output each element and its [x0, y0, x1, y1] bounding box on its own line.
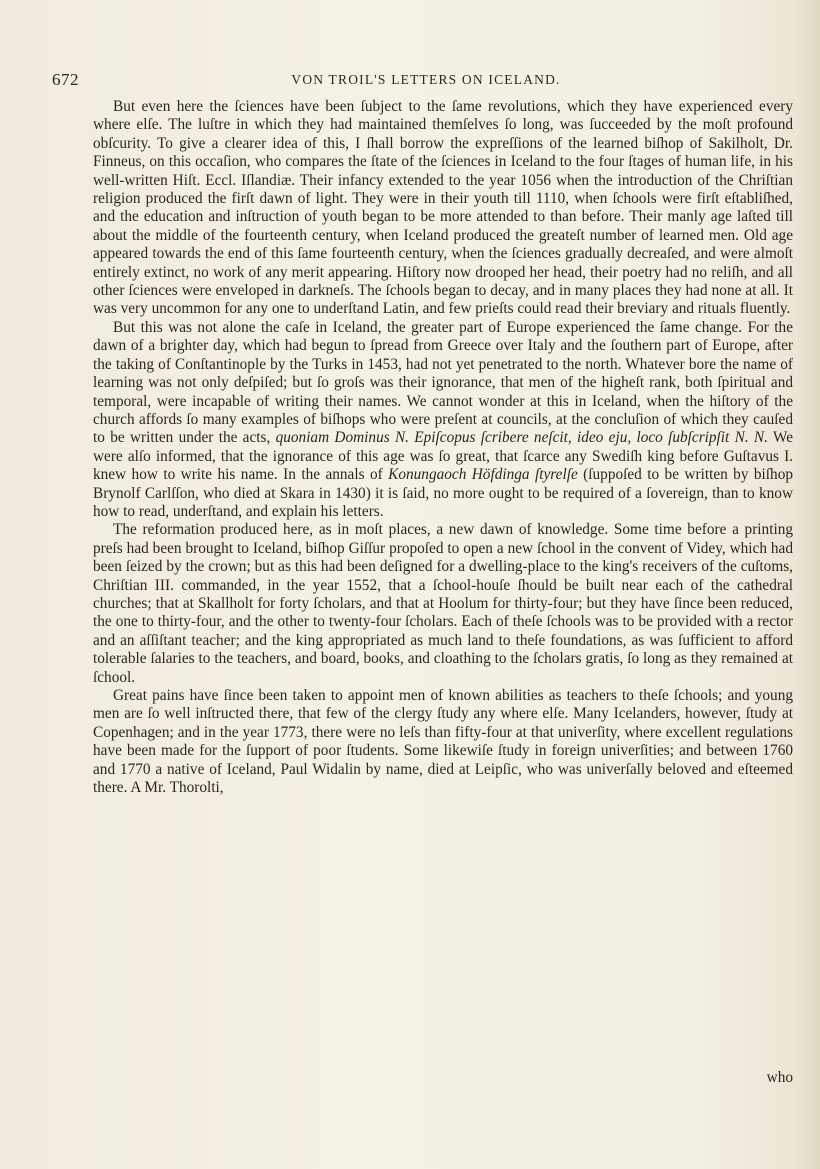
paragraph-text: But even here the ſciences have been ſub… [93, 98, 793, 317]
running-head: VON TROIL'S LETTERS ON ICELAND. [52, 72, 800, 88]
catchword: who [767, 1069, 793, 1087]
paragraph-1: But even here the ſciences have been ſub… [93, 98, 793, 319]
paragraph-2: But this was not alone the caſe in Icela… [93, 319, 793, 521]
paragraph-text: The reformation produced here, as in moſ… [93, 521, 793, 685]
paragraph-text: Great pains have ſince been taken to app… [93, 687, 793, 796]
paragraph-3: The reformation produced here, as in moſ… [93, 521, 793, 687]
body-text: But even here the ſciences have been ſub… [93, 98, 793, 797]
page-header: 672 VON TROIL'S LETTERS ON ICELAND. [52, 70, 800, 92]
book-page: 672 VON TROIL'S LETTERS ON ICELAND. But … [0, 0, 820, 1169]
annals-title: Konungaoch Höfdinga ſtyrelſe [388, 466, 578, 483]
paragraph-4: Great pains have ſince been taken to app… [93, 687, 793, 797]
latin-quotation: quoniam Dominus N. Epiſcopus ſcribere ne… [276, 429, 768, 446]
paragraph-text: But this was not alone the caſe in Icela… [93, 319, 793, 446]
